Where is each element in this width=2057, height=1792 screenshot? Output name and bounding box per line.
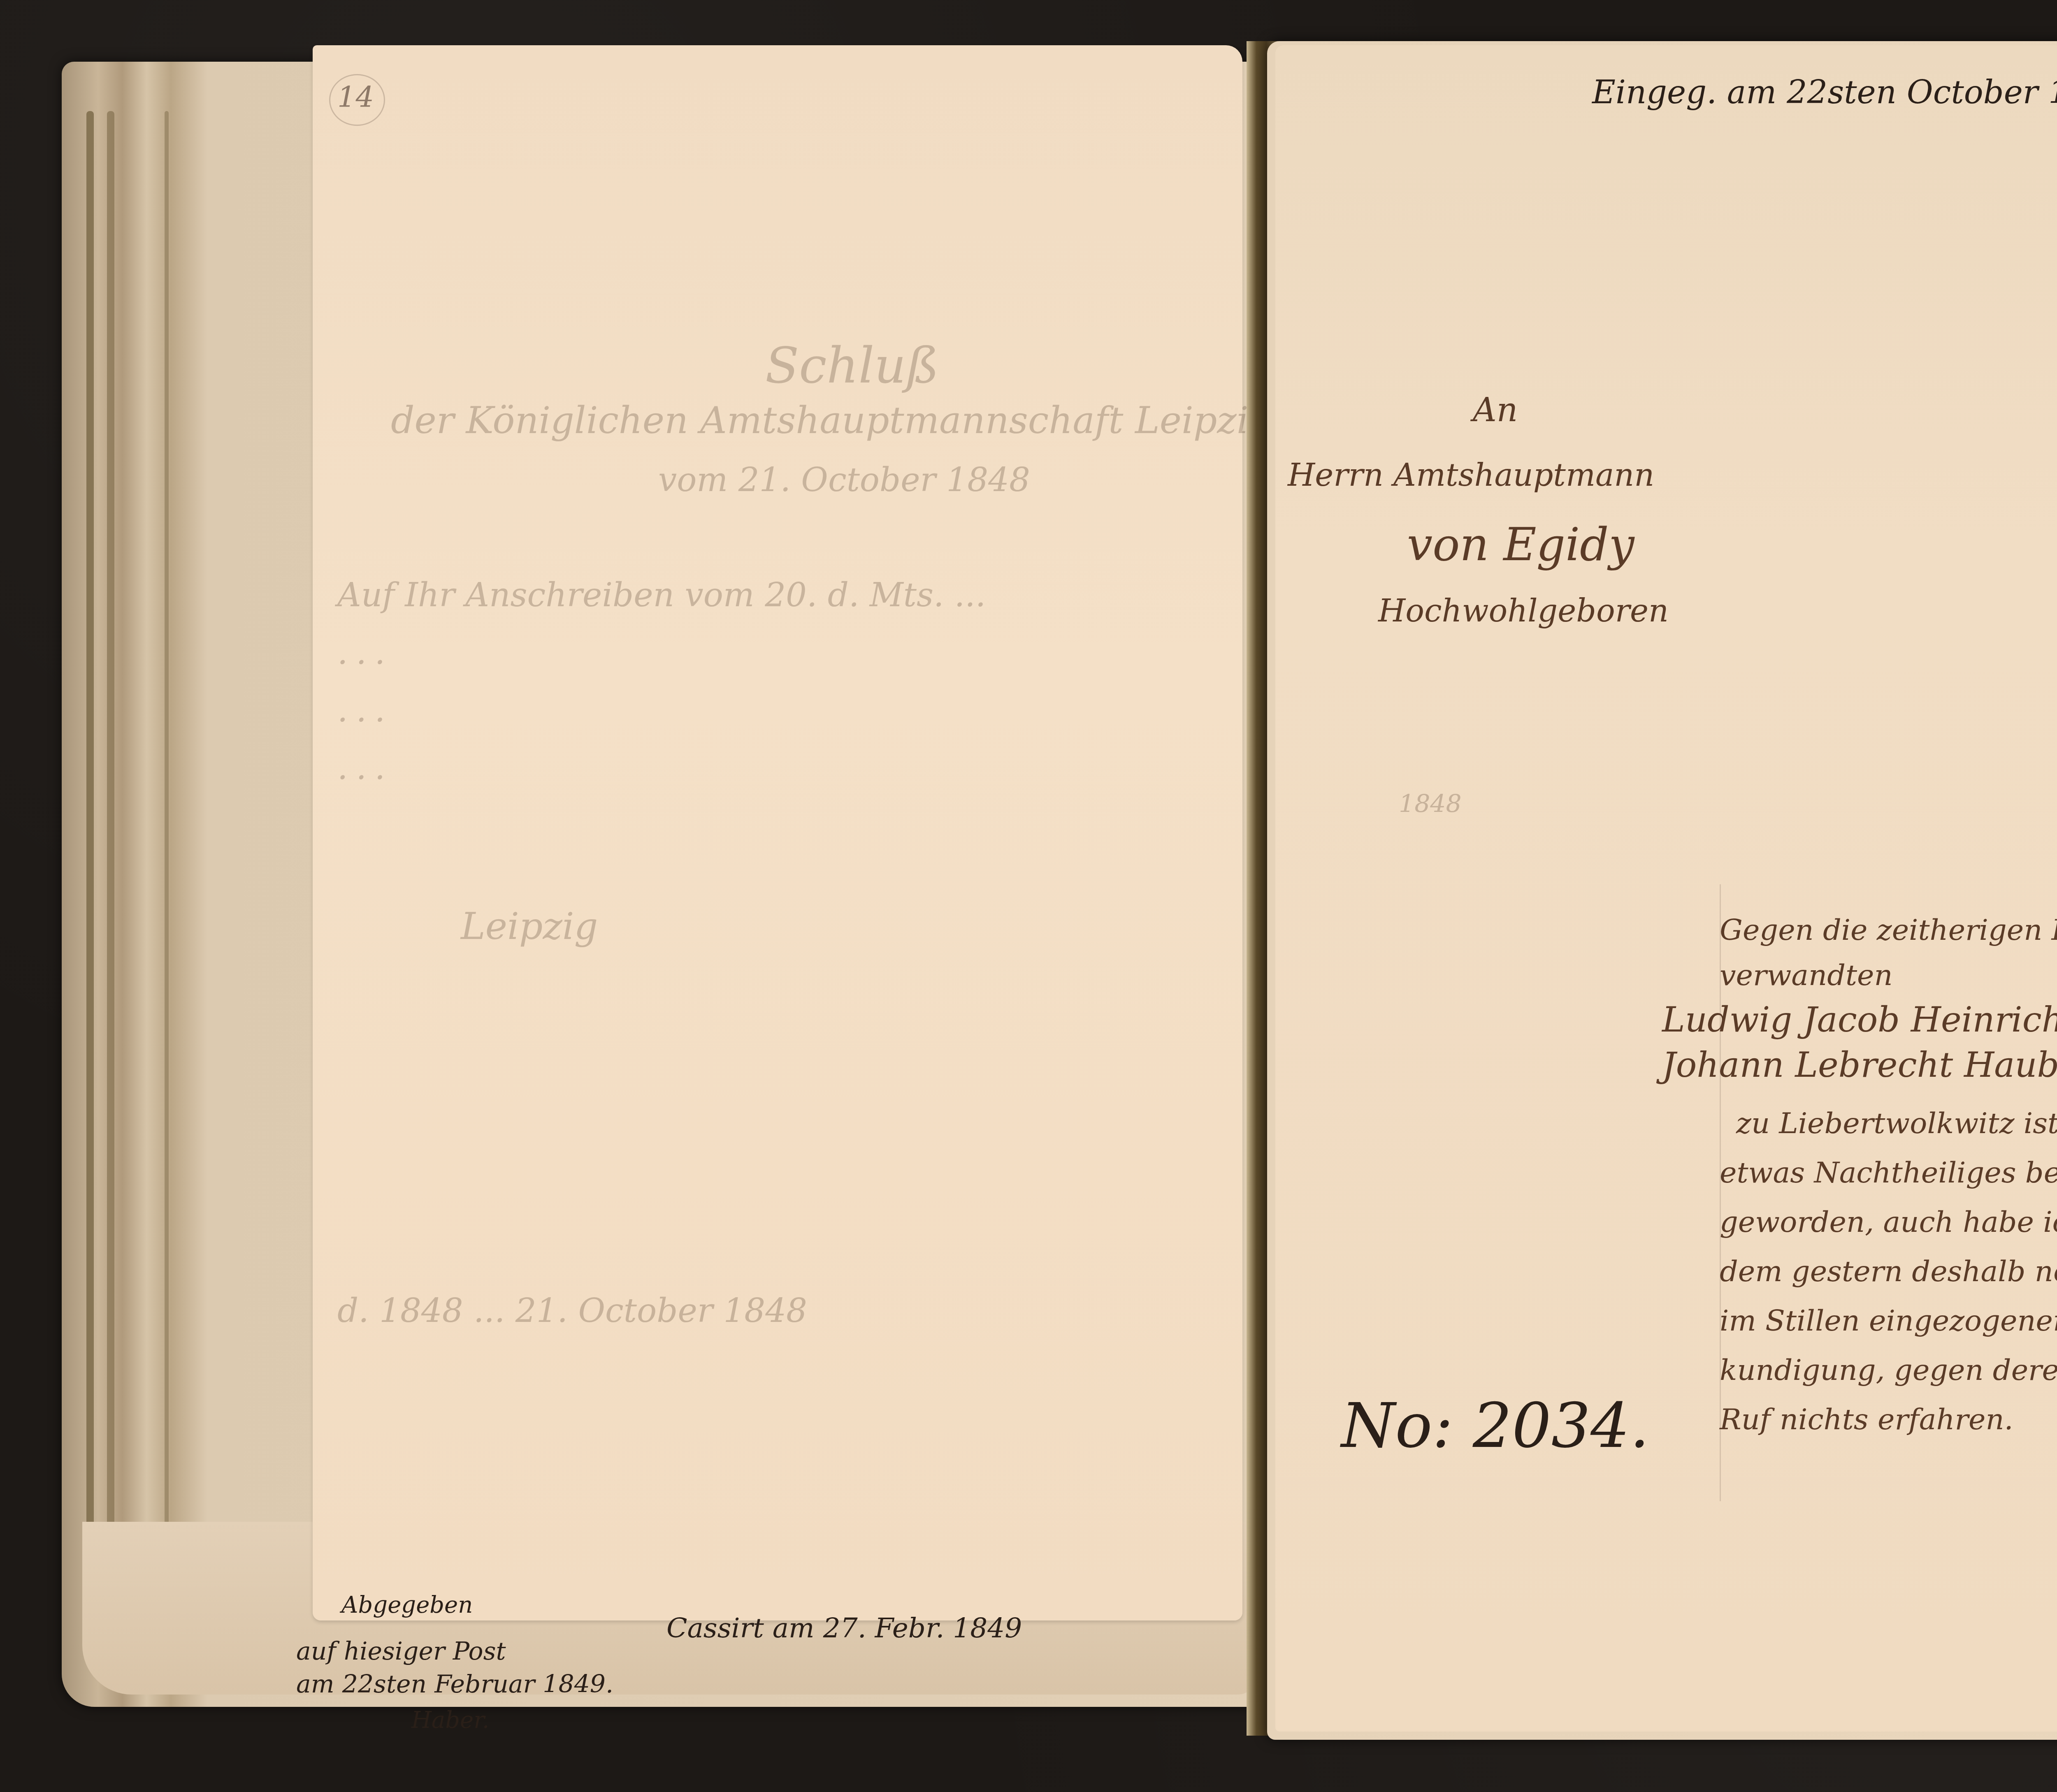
left-page [313,45,1242,1620]
body-line: verwandten [1720,958,1893,992]
address-name: von Egidy [1407,518,1634,571]
right-page [1275,45,2057,1732]
case-number: No: 2034. [1341,1390,1649,1462]
bleed-number: 1848 [1399,790,1462,818]
address-an: An [1473,391,1518,429]
bleed-signature: Leipzig [461,905,598,948]
body-line: zu Liebertwolkwitz ist mir nie [1736,1106,2057,1140]
bleed-line: ... [337,633,393,672]
body-line: geworden, auch habe ich bei [1720,1205,2057,1239]
body-line-name-2: Johann Lebrecht Haubold [1662,1045,2057,1085]
bleed-line: der Königlichen Amtshauptmannschaft Leip… [391,399,1272,442]
body-line: Ruf nichts erfahren. [1720,1403,2013,1436]
bleed-line: Auf Ihr Anschreiben vom 20. d. Mts. ... [337,576,986,614]
page-edge-line [107,111,114,1600]
bleed-line: vom 21. October 1848 [658,461,1030,499]
margin-note-signature: Haber. [411,1707,490,1734]
folio-stamp-number: 14 [337,80,374,114]
body-line: Gegen die zeitherigen Rath- [1720,913,2057,947]
page-edge-line [86,111,94,1600]
body-line: dem gestern deshalb noch [1720,1254,2057,1288]
cassirt-note: Cassirt am 27. Febr. 1849 [666,1612,1022,1644]
address-honorific: Hochwohlgeboren [1378,592,1669,629]
margin-note-abgegeben: Abgegeben [341,1592,473,1618]
address-title: Herrn Amtshauptmann [1288,457,1654,493]
body-line: etwas Nachtheiliges bekannt [1720,1156,2057,1189]
bleed-footer: d. 1848 ... 21. October 1848 [337,1291,807,1330]
margin-note-date: am 22sten Februar 1849. [296,1670,613,1699]
margin-note-post: auf hiesiger Post [296,1637,506,1666]
bleed-line: ... [337,749,393,787]
bleed-line: ... [337,691,393,729]
body-line: kundigung, gegen deren guten [1720,1353,2057,1387]
body-line: im Stillen eingezogenen Er- [1720,1304,2057,1338]
body-line-name-1: Ludwig Jacob Heinrich und [1662,999,2057,1040]
page-edge-line [165,111,169,1600]
received-date-header: Eingeg. am 22sten October 1848. [1592,74,2057,111]
bleed-heading: Schluß [765,337,939,394]
